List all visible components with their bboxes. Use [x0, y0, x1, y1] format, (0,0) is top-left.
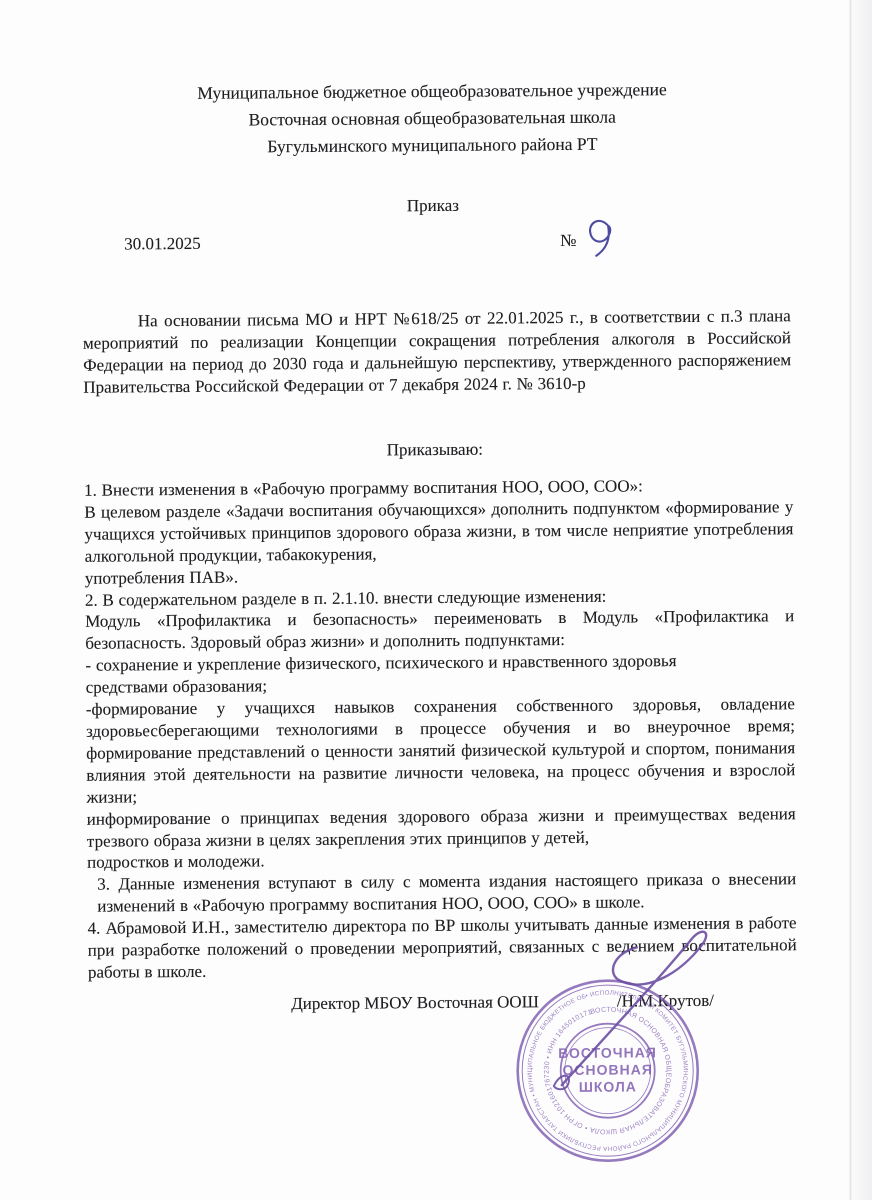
preamble-paragraph: На основании письма МО и НРТ №618/25 от …	[83, 305, 792, 399]
order-body: 1. Внести изменения в «Рабочую программу…	[84, 474, 797, 983]
order-paragraph: 3. Данные изменения вступают в силу с мо…	[87, 868, 796, 917]
order-paragraph: информирование о принципах ведения здоро…	[87, 803, 796, 852]
stamp-inner-ring	[560, 1023, 655, 1118]
signature-row: Директор МБОУ Восточная ООШ/Н.М.Крутов/	[291, 991, 714, 1014]
order-verb: Приказываю:	[0, 437, 871, 464]
director-name: /Н.М.Крутов/	[617, 991, 714, 1011]
document-sheet: Муниципальное бюджетное общеобразователь…	[0, 0, 872, 1200]
order-date: 30.01.2025	[124, 234, 201, 255]
scanned-order-document: { "document": { "header": { "line1": "Му…	[0, 0, 872, 1200]
order-paragraph: -формирование у учащихся навыков сохране…	[86, 693, 796, 808]
svg-text:ВОСТОЧНАЯ ОСНОВНАЯ ОБЩЕОБРАЗОВ: ВОСТОЧНАЯ ОСНОВНАЯ ОБЩЕОБРАЗОВАТЕЛЬНАЯ Ш…	[528, 991, 687, 1150]
order-paragraph: В целевом разделе «Задачи воспитания обу…	[84, 496, 793, 567]
date-number-row: 30.01.2025 № 9	[0, 229, 869, 236]
order-paragraph: Модуль «Профилактика и безопасность» пер…	[85, 606, 794, 655]
stamp-ring-text-inner: ВОСТОЧНАЯ ОСНОВНАЯ ОБЩЕОБРАЗОВАТЕЛЬНАЯ Ш…	[528, 991, 687, 1150]
stamp-center-line-3: ШКОЛА	[579, 1078, 637, 1094]
order-paragraph: 4. Абрамовой И.Н., заместителю директора…	[87, 912, 796, 983]
stamp-center-line-1: ВОСТОЧНАЯ	[558, 1044, 657, 1061]
director-signature-flourish-ink	[554, 1076, 569, 1090]
handwritten-order-number-ink	[590, 221, 610, 256]
order-number-label: №	[560, 231, 576, 251]
letterhead: Муниципальное бюджетное общеобразователь…	[0, 75, 869, 163]
letterhead-line-3: Бугульминского муниципального района РТ	[0, 129, 869, 163]
stamp-inner-ring-inner-line	[564, 1027, 651, 1114]
order-title: Приказ	[0, 193, 869, 220]
director-role-label: Директор МБОУ Восточная ООШ	[291, 992, 539, 1013]
stamp-center-line-2: ОСНОВНАЯ	[562, 1061, 653, 1078]
